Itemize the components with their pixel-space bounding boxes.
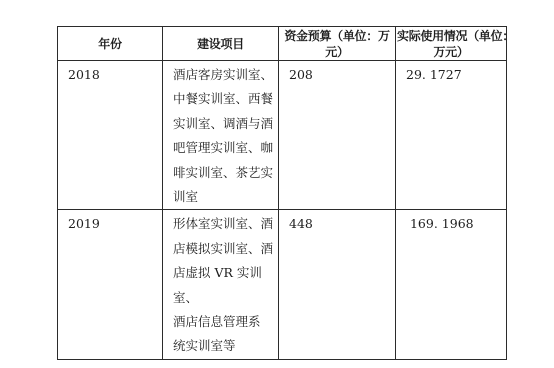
header-cell-year: 年份 [58,27,163,61]
header-cell-budget: 资金预算（单位：万 元） [279,27,396,61]
cell-project-2018: 酒店客房实训室、 中餐实训室、西餐 实训室、调酒与酒 吧管理实训室、咖 啡实训室… [163,61,279,210]
cell-budget-2018: 208 [279,61,396,210]
table-row-2019: 2019 形体室实训室、酒 店模拟实训室、酒 店虚拟 VR 实训室、 酒店信息管… [58,210,507,359]
cell-project-2019: 形体室实训室、酒 店模拟实训室、酒 店虚拟 VR 实训室、 酒店信息管理系 统实… [163,210,279,359]
funding-table: 年份 建设项目 资金预算（单位：万 元） 实际使用情况（单位： 万元） 2018… [57,26,507,360]
table-header-row: 年份 建设项目 资金预算（单位：万 元） 实际使用情况（单位： 万元） [58,27,507,61]
cell-year-2018: 2018 [58,61,163,210]
header-cell-actual: 实际使用情况（单位： 万元） [396,27,507,61]
header-cell-project: 建设项目 [163,27,279,61]
cell-actual-2019: 169. 1968 [396,210,507,359]
document-page: 年份 建设项目 资金预算（单位：万 元） 实际使用情况（单位： 万元） 2018… [0,0,554,368]
cell-actual-2018: 29. 1727 [396,61,507,210]
cell-budget-2019: 448 [279,210,396,359]
table-row-2018: 2018 酒店客房实训室、 中餐实训室、西餐 实训室、调酒与酒 吧管理实训室、咖… [58,61,507,210]
cell-year-2019: 2019 [58,210,163,359]
